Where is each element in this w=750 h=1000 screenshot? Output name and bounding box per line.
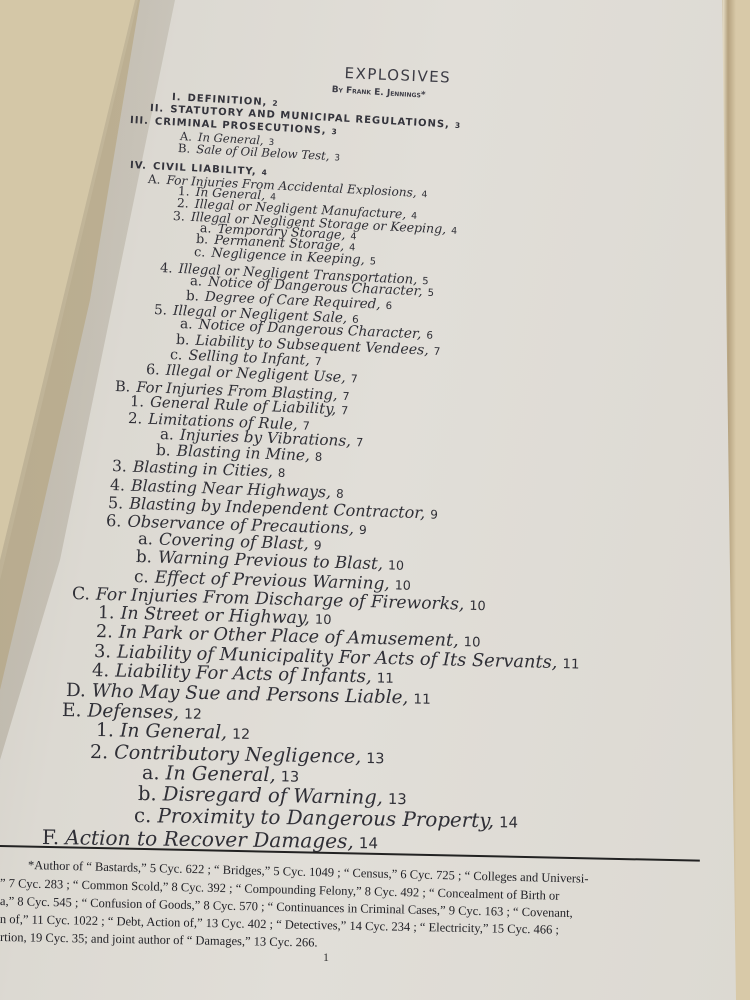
outline-page-ref: 3 bbox=[455, 121, 462, 130]
outline-page-ref: 6 bbox=[426, 330, 433, 342]
footnote-line: rtion, 19 Cyc. 35; and joint author of “… bbox=[0, 930, 318, 951]
outline-number: 1. bbox=[130, 393, 145, 411]
outline-number: c. bbox=[194, 245, 206, 261]
outline-number: 6. bbox=[146, 362, 160, 379]
outline-number: D. bbox=[66, 680, 86, 701]
outline-number: E. bbox=[62, 700, 82, 721]
outline-page-ref: 5 bbox=[427, 288, 434, 299]
outline-page-ref: 10 bbox=[388, 557, 404, 572]
outline-page-ref: 8 bbox=[315, 450, 323, 464]
page-number: 1 bbox=[323, 950, 329, 965]
outline-page-ref: 7 bbox=[350, 372, 357, 385]
article-title: EXPLOSIVES bbox=[344, 64, 451, 87]
outline-entry: 1.In General,12 bbox=[96, 720, 250, 744]
outline-heading: Sale of Oil Below Test, bbox=[196, 142, 330, 163]
outline-number: 2. bbox=[128, 409, 143, 428]
outline-number: b. bbox=[176, 332, 190, 349]
outline-number: a. bbox=[142, 761, 160, 784]
outline-number: c. bbox=[134, 804, 152, 827]
outline-number: 5. bbox=[154, 302, 168, 319]
outline-page-ref: 9 bbox=[314, 538, 322, 552]
outline-number: 2. bbox=[96, 622, 113, 642]
outline-page-ref: 7 bbox=[433, 346, 440, 358]
outline-page-ref: 10 bbox=[469, 599, 486, 614]
outline-page-ref: 4 bbox=[451, 226, 458, 237]
outline-page-ref: 11 bbox=[376, 670, 394, 686]
outline-page-ref: 6 bbox=[385, 301, 392, 312]
outline-number: 4. bbox=[110, 475, 126, 494]
outline-page-ref: 11 bbox=[413, 691, 431, 707]
outline-number: b. bbox=[156, 441, 171, 460]
outline-number: 1. bbox=[98, 603, 115, 623]
outline-page-ref: 9 bbox=[430, 507, 438, 521]
outline-number: a. bbox=[138, 529, 154, 548]
outline-page-ref: 11 bbox=[562, 657, 579, 672]
outline-number: 3. bbox=[112, 457, 127, 476]
outline-page-ref: 14 bbox=[359, 834, 378, 852]
outline-page-ref: 7 bbox=[315, 355, 322, 368]
outline-number: 1. bbox=[96, 720, 114, 741]
outline-number: c. bbox=[134, 566, 149, 586]
outline-page-ref: 8 bbox=[336, 487, 344, 501]
outline-number: a. bbox=[180, 316, 193, 333]
outline-page-ref: 3 bbox=[331, 127, 338, 136]
outline-page-ref: 3 bbox=[334, 153, 340, 163]
outline-number: III. bbox=[130, 115, 150, 127]
outline-page-ref: 10 bbox=[315, 613, 332, 628]
outline-heading: In General, bbox=[120, 720, 228, 743]
outline-number: B. bbox=[178, 141, 191, 156]
outline-page-ref: 10 bbox=[463, 635, 480, 650]
outline-number: I. bbox=[172, 92, 182, 104]
outline-entry: B.Sale of Oil Below Test,3 bbox=[178, 141, 341, 164]
outline-page-ref: 5 bbox=[369, 256, 376, 267]
outline-number: IV. bbox=[130, 160, 148, 172]
outline-page-ref: 2 bbox=[272, 99, 279, 108]
outline-number: B. bbox=[115, 378, 131, 396]
outline-number: 2. bbox=[90, 741, 109, 763]
outline-page-ref: 10 bbox=[394, 577, 411, 592]
outline-number: b. bbox=[186, 288, 200, 305]
outline-number: 5. bbox=[108, 493, 124, 512]
outline-page-ref: 7 bbox=[341, 404, 349, 417]
outline-page-ref: 13 bbox=[388, 791, 407, 808]
outline-page-ref: 12 bbox=[232, 727, 250, 743]
author-byline: By Frank E. Jennings* bbox=[331, 85, 425, 101]
outline-number: C. bbox=[72, 584, 90, 604]
outline-page-ref: 7 bbox=[356, 435, 364, 449]
outline-number: a. bbox=[190, 274, 203, 290]
outline-page-ref: 8 bbox=[278, 466, 286, 480]
outline-number: 3. bbox=[173, 208, 186, 224]
outline-number: 4. bbox=[92, 660, 110, 681]
outline-page-ref: 12 bbox=[184, 706, 202, 722]
outline-number: b. bbox=[138, 782, 157, 805]
outline-page-ref: 4 bbox=[421, 190, 427, 200]
outline-number: b. bbox=[136, 547, 153, 566]
outline-page-ref: 9 bbox=[359, 523, 367, 537]
outline-page-ref: 13 bbox=[366, 751, 384, 767]
outline-page-ref: 14 bbox=[499, 813, 518, 831]
outline-number: c. bbox=[170, 347, 183, 363]
outline-page-ref: 4 bbox=[261, 168, 268, 177]
outline-number: A. bbox=[148, 172, 161, 187]
page-content: EXPLOSIVES By Frank E. Jennings* I.DEFIN… bbox=[0, 0, 750, 1000]
outline-page-ref: 13 bbox=[281, 769, 300, 785]
outline-number: 6. bbox=[106, 511, 122, 530]
outline-number: II. bbox=[150, 103, 165, 115]
outline-number: 4. bbox=[160, 261, 173, 277]
